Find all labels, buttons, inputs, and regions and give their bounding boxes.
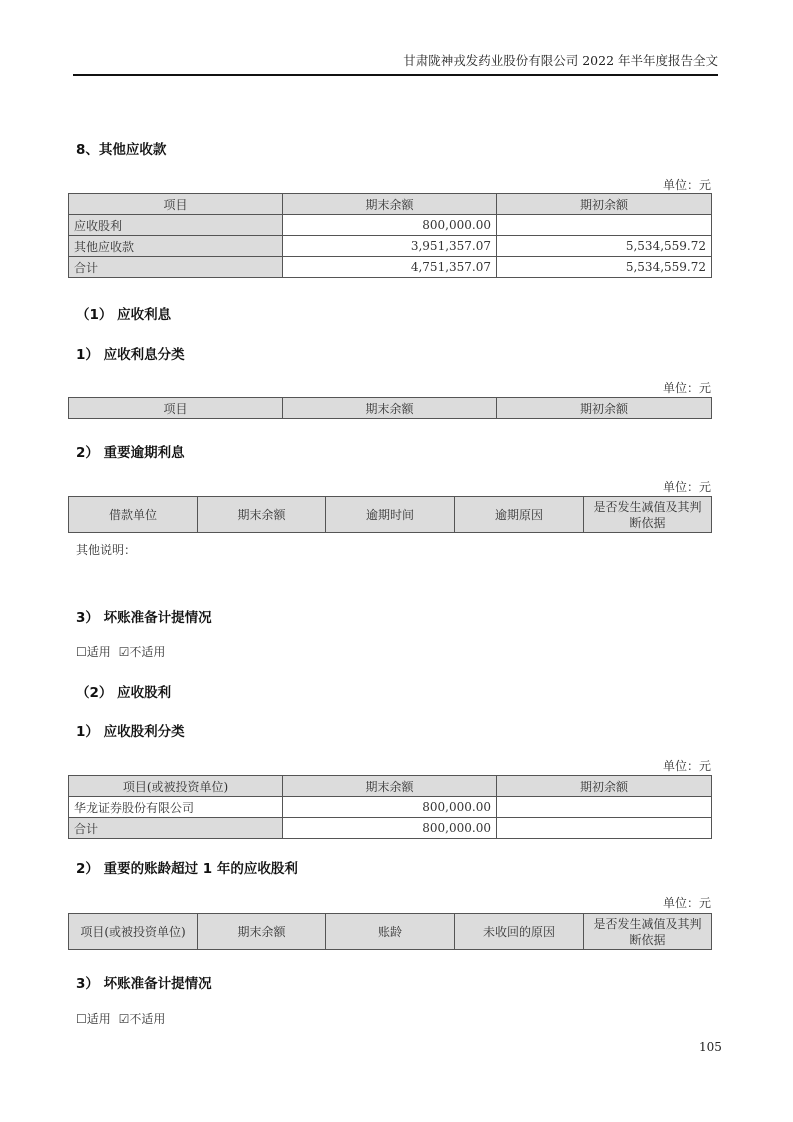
overdue-interest-title: 2） 重要逾期利息 bbox=[76, 441, 185, 461]
column-header: 未收回的原因 bbox=[455, 914, 584, 950]
row-label: 其他应收款 bbox=[69, 236, 283, 257]
column-header: 项目 bbox=[69, 398, 283, 419]
interest-classification-table: 项目 期末余额 期初余额 bbox=[68, 397, 712, 419]
column-header: 期末余额 bbox=[198, 497, 326, 533]
table-header-row: 项目 期末余额 期初余额 bbox=[69, 194, 712, 215]
column-header: 期初余额 bbox=[497, 398, 712, 419]
column-header: 项目 bbox=[69, 194, 283, 215]
dividends-classification-table: 项目(或被投资单位) 期末余额 期初余额 华龙证券股份有限公司 800,000.… bbox=[68, 775, 712, 839]
column-header: 期初余额 bbox=[497, 776, 712, 797]
interest-applicability: ☐适用 ☑不适用 bbox=[76, 643, 165, 660]
table-row: 应收股利 800,000.00 bbox=[69, 215, 712, 236]
other-receivables-table: 项目 期末余额 期初余额 应收股利 800,000.00 其他应收款 3,951… bbox=[68, 193, 712, 278]
beginning-balance bbox=[497, 797, 712, 818]
unit-label: 单位：元 bbox=[663, 478, 711, 495]
page-number: 105 bbox=[699, 1040, 722, 1054]
interest-bad-debt-title: 3） 坏账准备计提情况 bbox=[76, 606, 212, 626]
report-title: 甘肃陇神戎发药业股份有限公司 2022 年半年度报告全文 bbox=[403, 53, 718, 68]
beginning-balance bbox=[497, 215, 712, 236]
ending-balance: 4,751,357.07 bbox=[283, 257, 497, 278]
subsection-title-interest: （1） 应收利息 bbox=[76, 303, 171, 323]
section-title-other-receivables: 8、其他应收款 bbox=[76, 138, 166, 158]
table-header-row: 项目(或被投资单位) 期末余额 期初余额 bbox=[69, 776, 712, 797]
row-label: 华龙证券股份有限公司 bbox=[69, 797, 283, 818]
dividends-classification-title: 1） 应收股利分类 bbox=[76, 720, 185, 740]
subsection-title-dividends: （2） 应收股利 bbox=[76, 681, 171, 701]
applicable-checkbox[interactable]: ☐适用 bbox=[76, 1012, 111, 1026]
aged-dividends-table: 项目(或被投资单位) 期末余额 账龄 未收回的原因 是否发生减值及其判断依据 bbox=[68, 913, 712, 950]
ending-balance: 800,000.00 bbox=[283, 797, 497, 818]
applicable-checkbox[interactable]: ☐适用 bbox=[76, 645, 111, 659]
table-header-row: 项目(或被投资单位) 期末余额 账龄 未收回的原因 是否发生减值及其判断依据 bbox=[69, 914, 712, 950]
unit-label: 单位：元 bbox=[663, 757, 711, 774]
column-header: 期末余额 bbox=[283, 398, 497, 419]
table-header-row: 项目 期末余额 期初余额 bbox=[69, 398, 712, 419]
table-header-row: 借款单位 期末余额 逾期时间 逾期原因 是否发生减值及其判断依据 bbox=[69, 497, 712, 533]
dividends-bad-debt-title: 3） 坏账准备计提情况 bbox=[76, 972, 212, 992]
unit-label: 单位：元 bbox=[663, 176, 711, 193]
row-label: 合计 bbox=[69, 818, 283, 839]
ending-balance: 800,000.00 bbox=[283, 215, 497, 236]
dividends-applicability: ☐适用 ☑不适用 bbox=[76, 1010, 165, 1027]
column-header: 账龄 bbox=[326, 914, 455, 950]
column-header: 期末余额 bbox=[283, 776, 497, 797]
unit-label: 单位：元 bbox=[663, 379, 711, 396]
beginning-balance: 5,534,559.72 bbox=[497, 257, 712, 278]
table-row-total: 合计 4,751,357.07 5,534,559.72 bbox=[69, 257, 712, 278]
row-label: 应收股利 bbox=[69, 215, 283, 236]
interest-classification-title: 1） 应收利息分类 bbox=[76, 343, 185, 363]
table-row: 其他应收款 3,951,357.07 5,534,559.72 bbox=[69, 236, 712, 257]
unit-label: 单位：元 bbox=[663, 894, 711, 911]
ending-balance: 800,000.00 bbox=[283, 818, 497, 839]
column-header: 期初余额 bbox=[497, 194, 712, 215]
not-applicable-checkbox[interactable]: ☑不适用 bbox=[119, 1012, 166, 1026]
column-header: 逾期时间 bbox=[326, 497, 455, 533]
column-header: 逾期原因 bbox=[455, 497, 584, 533]
column-header: 期末余额 bbox=[198, 914, 326, 950]
ending-balance: 3,951,357.07 bbox=[283, 236, 497, 257]
overdue-interest-table: 借款单位 期末余额 逾期时间 逾期原因 是否发生减值及其判断依据 bbox=[68, 496, 712, 533]
other-notes-label: 其他说明： bbox=[76, 541, 136, 558]
column-header: 期末余额 bbox=[283, 194, 497, 215]
column-header: 项目(或被投资单位) bbox=[69, 776, 283, 797]
table-row-total: 合计 800,000.00 bbox=[69, 818, 712, 839]
not-applicable-checkbox[interactable]: ☑不适用 bbox=[119, 645, 166, 659]
aged-dividends-title: 2） 重要的账龄超过 1 年的应收股利 bbox=[76, 857, 298, 877]
column-header: 项目(或被投资单位) bbox=[69, 914, 198, 950]
page-header: 甘肃陇神戎发药业股份有限公司 2022 年半年度报告全文 bbox=[73, 50, 718, 76]
beginning-balance bbox=[497, 818, 712, 839]
column-header: 是否发生减值及其判断依据 bbox=[584, 914, 712, 950]
table-row: 华龙证券股份有限公司 800,000.00 bbox=[69, 797, 712, 818]
row-label: 合计 bbox=[69, 257, 283, 278]
beginning-balance: 5,534,559.72 bbox=[497, 236, 712, 257]
column-header: 是否发生减值及其判断依据 bbox=[584, 497, 712, 533]
column-header: 借款单位 bbox=[69, 497, 198, 533]
